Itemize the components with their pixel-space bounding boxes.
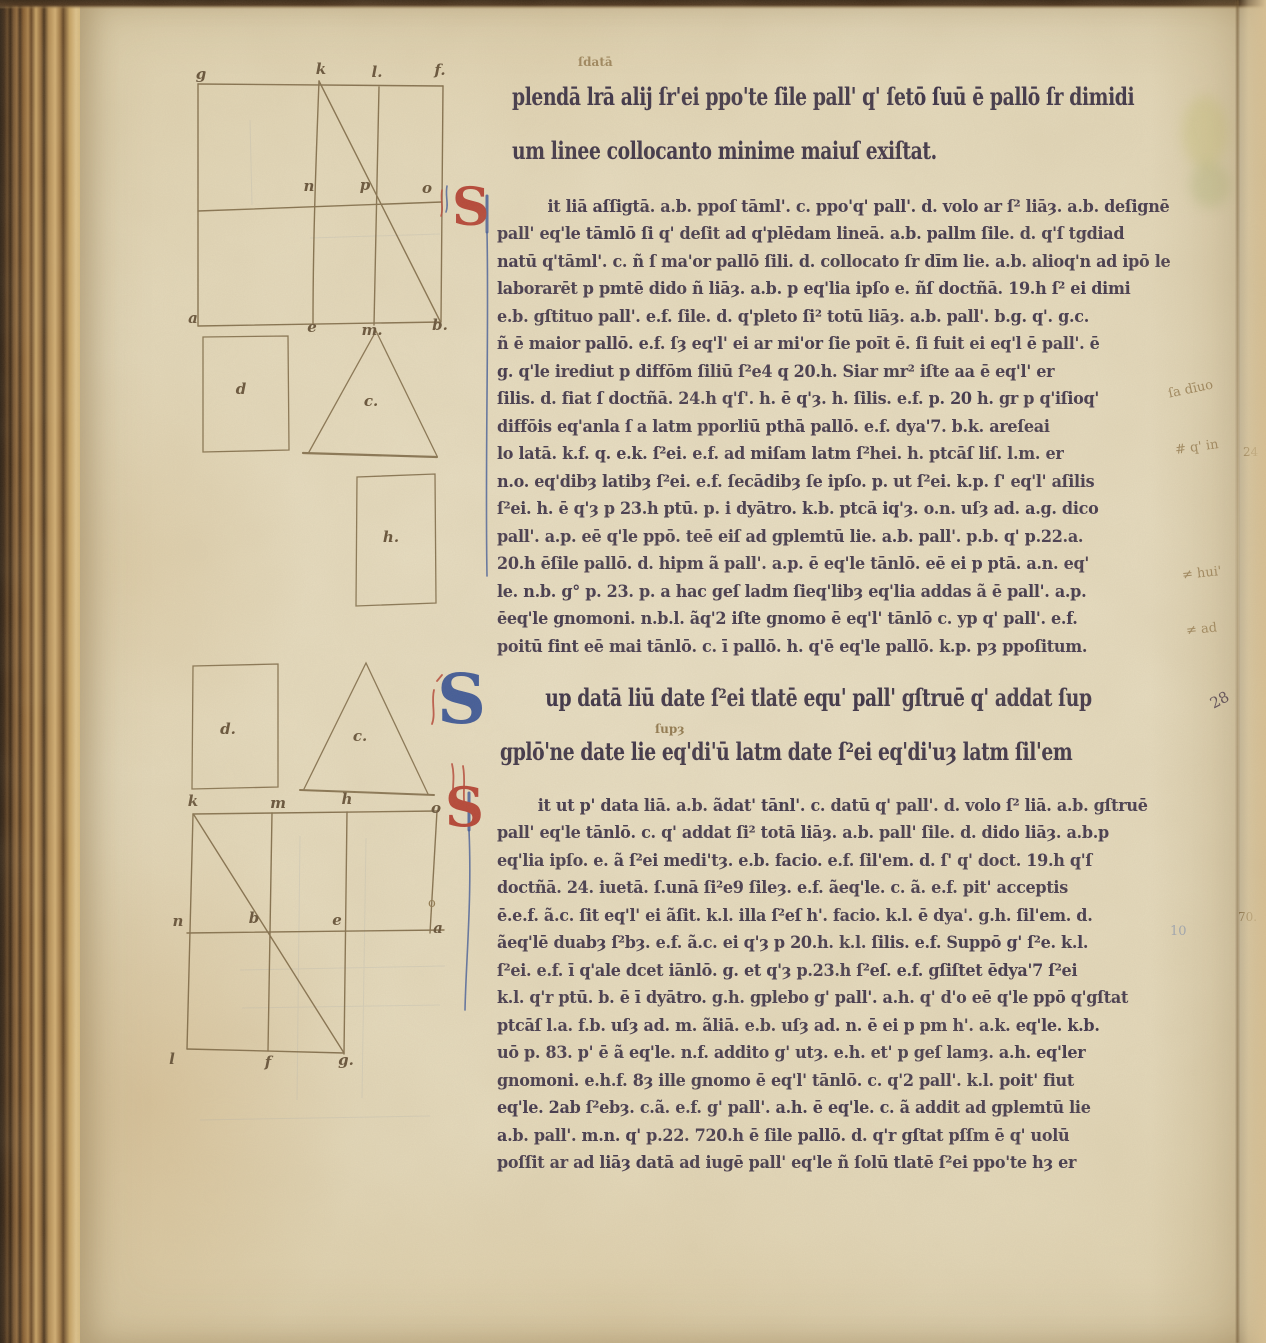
text-line: ſ²ei. h. ē q'ȝ p 23.h ptū. p. i dyātro. … bbox=[497, 499, 1098, 518]
text-line: ſilis. d. fiat ſ doctñā. 24.h q'ſ'. h. ē… bbox=[497, 389, 1099, 408]
text-line: laborarēt p pmtē dido ñ liāȝ. a.b. p eq'… bbox=[497, 279, 1130, 298]
text-line: le. n.b. g° p. 23. p. a hac geſ ladm ſie… bbox=[497, 582, 1086, 601]
fig1-label-a: a bbox=[188, 309, 198, 327]
text-line: k.l. q'r ptū. b. ē ī dyātro. g.h. gplebo… bbox=[497, 988, 1128, 1007]
text-line: ãeq'lē duabȝ ſ²bȝ. e.f. ã.c. ei q'ȝ p 20… bbox=[497, 933, 1088, 952]
text-line: 20.h ēſile pallō. d. hipm ã pall'. a.p. … bbox=[497, 554, 1089, 573]
fig1-label-m: m. bbox=[361, 321, 382, 339]
next-page-edge bbox=[1239, 0, 1266, 1343]
book-top-edge bbox=[0, 0, 1266, 9]
text-line: ptcāſ l.a. f.b. uſȝ ad. m. ãliā. e.b. uſ… bbox=[497, 1016, 1100, 1035]
text-line: a.b. pall'. m.n. q' p.22. 720.h ē ſile p… bbox=[497, 1126, 1069, 1145]
fig4-label-k: k bbox=[188, 792, 198, 810]
heading2-line: up datā liū date ſ²ei tlatē equ' pall' g… bbox=[500, 683, 1092, 712]
fig1-label-b: b. bbox=[432, 316, 448, 334]
page-curvature-shading bbox=[1150, 0, 1236, 1343]
fig4-label-f: f bbox=[265, 1053, 271, 1071]
text-line: ñ ē maior pallō. e.f. ſȝ eq'l' ei ar mi'… bbox=[497, 334, 1100, 353]
text-line: pall'. a.p. eē q'le ppō. teē eiſ ad gple… bbox=[497, 527, 1083, 546]
text-line: natū q'tāml'. c. ñ ſ ma'or pallō ſili. d… bbox=[497, 252, 1170, 271]
fig2-label-c: c. bbox=[364, 392, 378, 410]
drop-cap-initial-red: S bbox=[445, 785, 484, 831]
fig4-label-b: b bbox=[249, 909, 260, 927]
fig2-label-h: h. bbox=[383, 528, 399, 546]
fig4-label-h: h bbox=[342, 790, 353, 808]
drop-cap-initial-red: S bbox=[452, 186, 490, 230]
text-line: diffōis eq'anla ſ a latm pporliū pthā pa… bbox=[497, 417, 1050, 436]
text-line: n.o. eq'dibȝ latibȝ ſ²ei. e.f. ſecādibȝ … bbox=[497, 472, 1094, 491]
text-line: ſ²ei. e.f. ī q'ale dcet iānlō. g. et q'ȝ… bbox=[497, 961, 1077, 980]
fig2-label-d: d bbox=[236, 380, 247, 398]
margin-note: o bbox=[428, 896, 436, 911]
fig4-label-e: e bbox=[332, 911, 342, 929]
manuscript-photo: g k l. f. n p o a e m. b. d c. h. d. c. … bbox=[0, 0, 1266, 1343]
top-gloss: ſdatā bbox=[578, 55, 613, 69]
text-line: doctñā. 24. iuetā. ſ.unā ſi²e9 ſileȝ. e.… bbox=[497, 878, 1068, 897]
fig3-label-d: d. bbox=[220, 720, 236, 738]
heading1-line: plendā lrā alij ſr'ei ppo'te ſile pall' … bbox=[512, 82, 1134, 111]
fig4-label-g: g. bbox=[338, 1051, 354, 1069]
fig1-label-e: e bbox=[307, 318, 317, 336]
fig1-label-p: p bbox=[360, 176, 371, 194]
fig1-label-n: n bbox=[304, 177, 315, 195]
fig4-label-o: o bbox=[431, 799, 441, 817]
text-line: poſſit ar ad liāȝ datā ad iugē pall' eq'… bbox=[497, 1153, 1076, 1172]
fig3-label-c: c. bbox=[353, 727, 367, 745]
text-line: ēeq'le gnomoni. n.b.l. ãq'2 iſte gnomo ē… bbox=[497, 609, 1078, 628]
fig4-label-a: a bbox=[433, 919, 443, 937]
fig1-label-f: f. bbox=[434, 61, 445, 79]
fig1-label-k: k bbox=[316, 60, 326, 78]
fig1-label-g: g bbox=[196, 65, 207, 83]
fig1-label-l: l. bbox=[372, 63, 383, 81]
text-line: lo latā. k.f. q. e.k. ſ²ei. e.f. ad miſa… bbox=[497, 444, 1063, 463]
fig1-label-o: o bbox=[422, 179, 432, 197]
text-line: poitū fint eē mai tānlō. c. ī pallō. h. … bbox=[497, 637, 1087, 656]
fig4-label-l: l bbox=[169, 1050, 175, 1068]
heading2-line: gplō'ne date lie eq'di'ū latm date ſ²ei … bbox=[500, 737, 1072, 766]
text-line: it liā aſſigtā. a.b. ppoſ tāml'. c. ppo'… bbox=[497, 197, 1169, 216]
text-line: pall' eq'le tānlō. c. q' addat ſi² totā … bbox=[497, 823, 1109, 842]
text-line: uō p. 83. p' ē ã eq'le. n.f. addito g' u… bbox=[497, 1043, 1085, 1062]
text-line: ē.e.f. ã.c. ſit eq'l' ei ãſit. k.l. illa… bbox=[497, 906, 1093, 925]
text-line: e.b. gſtituo pall'. e.f. ſile. d. q'plet… bbox=[497, 307, 1089, 326]
fig4-label-m: m bbox=[270, 794, 286, 812]
text-line: g. q'le irediut p diffōm ſiliū ſ²e4 q 20… bbox=[497, 362, 1054, 381]
text-line: eq'le. 2ab ſ²ebȝ. c.ã. e.f. g' pall'. a.… bbox=[497, 1098, 1091, 1117]
interlinear-gloss: ſupȝ bbox=[655, 722, 685, 736]
text-line: pall' eq'le tāmlō ſi q' deſit ad q'plēda… bbox=[497, 224, 1124, 243]
book-binding-edge bbox=[0, 0, 80, 1343]
text-line: gnomoni. e.h.f. 8ȝ ille gnomo ē eq'l' tā… bbox=[497, 1071, 1074, 1090]
text-line: eq'lia ipſo. e. ã ſ²ei medi'tȝ. e.b. fac… bbox=[497, 851, 1092, 870]
text-line: it ut p' data liā. a.b. ãdat' tānl'. c. … bbox=[497, 796, 1148, 815]
heading1-line: um linee collocanto minime maiuſ exiſtat… bbox=[512, 136, 937, 165]
drop-cap-initial-blue: S bbox=[437, 672, 486, 730]
fig4-label-n: n bbox=[173, 912, 184, 930]
